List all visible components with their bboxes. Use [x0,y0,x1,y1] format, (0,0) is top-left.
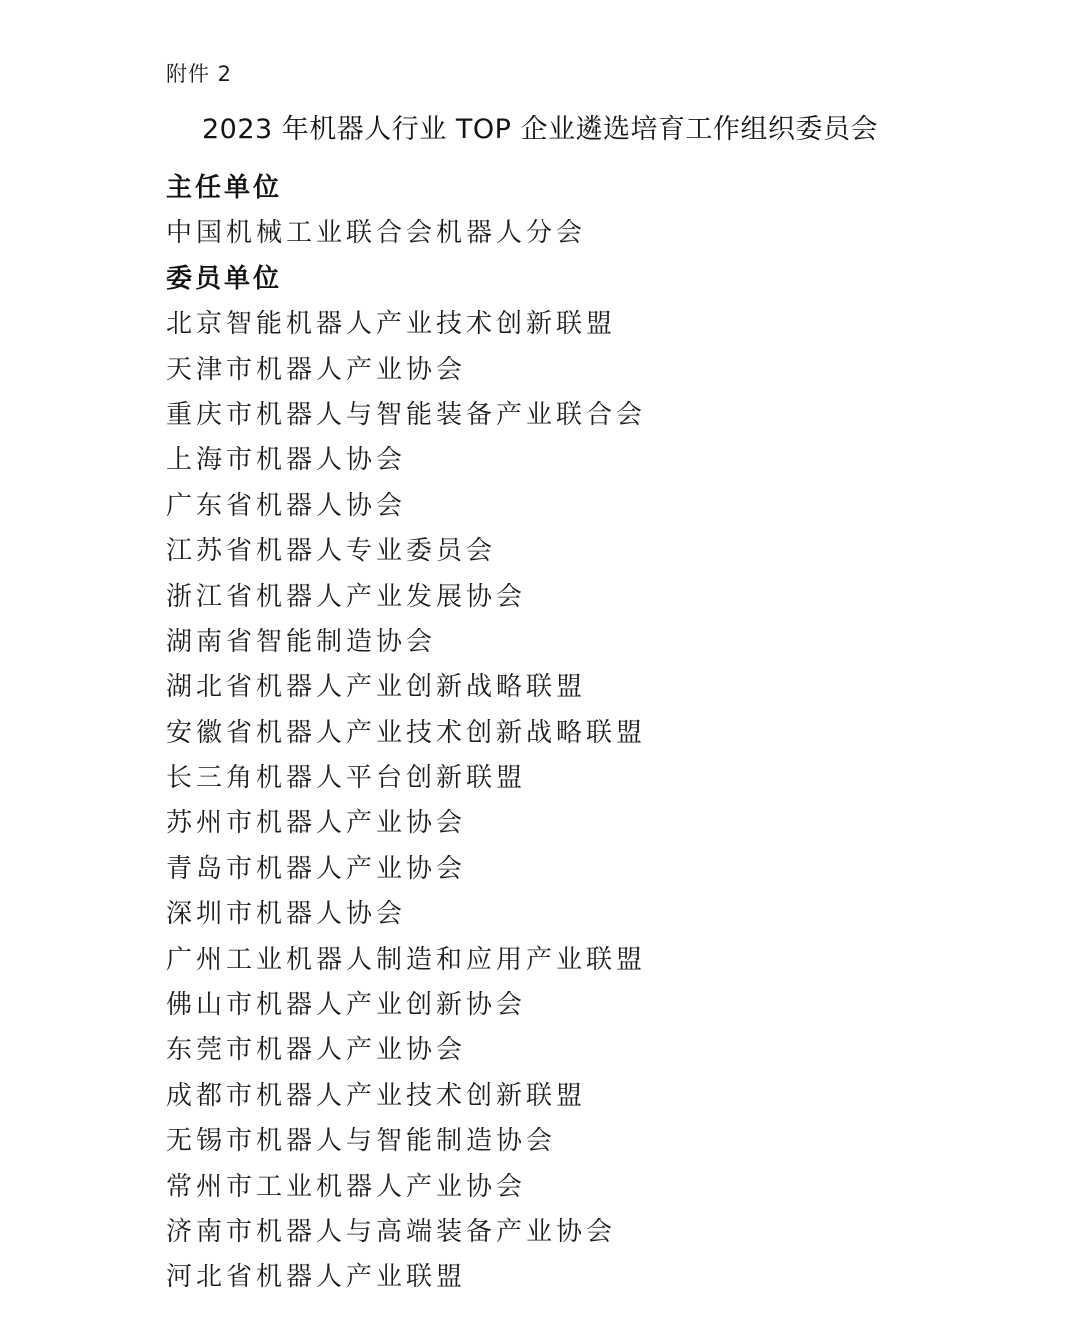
member-unit-item: 东莞市机器人产业协会 [166,1028,646,1073]
member-unit-item: 江苏省机器人专业委员会 [166,529,646,574]
attachment-label: 附件 2 [166,60,232,88]
member-unit-item: 深圳市机器人协会 [166,892,646,937]
member-unit-item: 广州工业机器人制造和应用产业联盟 [166,938,646,983]
member-unit-item: 长三角机器人平台创新联盟 [166,756,646,801]
member-unit-item: 天津市机器人产业协会 [166,348,646,393]
member-unit-item: 佛山市机器人产业创新协会 [166,983,646,1028]
member-unit-item: 上海市机器人协会 [166,438,646,483]
member-unit-item: 无锡市机器人与智能制造协会 [166,1119,646,1164]
member-unit-item: 常州市工业机器人产业协会 [166,1165,646,1210]
member-unit-item: 成都市机器人产业技术创新联盟 [166,1074,646,1119]
member-unit-item: 河北省机器人产业联盟 [166,1255,646,1300]
committee-list: 主任单位 中国机械工业联合会机器人分会 委员单位 北京智能机器人产业技术创新联盟… [166,166,646,1301]
member-units-heading: 委员单位 [166,257,646,302]
member-unit-item: 浙江省机器人产业发展协会 [166,575,646,620]
member-unit-item: 广东省机器人协会 [166,484,646,529]
member-unit-item: 青岛市机器人产业协会 [166,847,646,892]
member-unit-item: 安徽省机器人产业技术创新战略联盟 [166,711,646,756]
member-unit-item: 苏州市机器人产业协会 [166,801,646,846]
document-title: 2023 年机器人行业 TOP 企业遴选培育工作组织委员会 [0,110,1080,150]
member-unit-item: 湖北省机器人产业创新战略联盟 [166,665,646,710]
director-unit-item: 中国机械工业联合会机器人分会 [166,211,646,256]
member-unit-item: 济南市机器人与高端装备产业协会 [166,1210,646,1255]
member-unit-item: 重庆市机器人与智能装备产业联合会 [166,393,646,438]
member-unit-item: 湖南省智能制造协会 [166,620,646,665]
member-unit-item: 北京智能机器人产业技术创新联盟 [166,302,646,347]
director-units-heading: 主任单位 [166,166,646,211]
